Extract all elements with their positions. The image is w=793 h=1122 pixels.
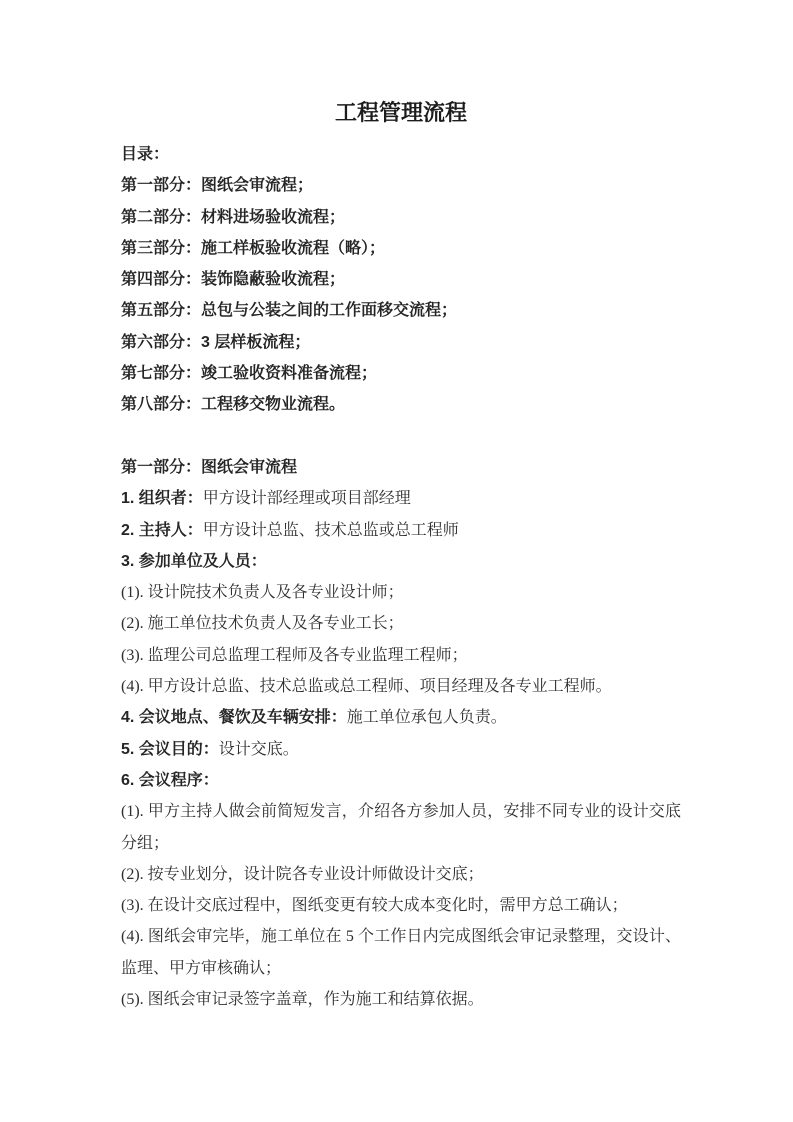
section-item-logistics: 4. 会议地点、餐饮及车辆安排：施工单位承包人负责。	[121, 702, 681, 733]
item-text: (3). 在设计交底过程中，图纸变更有较大成本变化时，需甲方总工确认；	[121, 897, 628, 914]
item-text: (1). 设计院技术负责人及各专业设计师；	[121, 584, 404, 601]
toc-item-2: 第二部分：材料进场验收流程；	[121, 202, 681, 233]
toc-item-8: 第八部分：工程移交物业流程。	[121, 389, 681, 420]
section-item-procedure: 6. 会议程序：	[121, 765, 681, 796]
toc-heading: 目录：	[121, 139, 681, 170]
item-text: (3). 监理公司总监理工程师及各专业监理工程师；	[121, 647, 468, 664]
sub-item-3: (3). 监理公司总监理工程师及各专业监理工程师；	[121, 640, 681, 671]
item-label: 1. 组织者：	[121, 490, 203, 507]
item-text: (2). 按专业划分，设计院各专业设计师做设计交底；	[121, 866, 484, 883]
section-item-participants: 3. 参加单位及人员：	[121, 546, 681, 577]
item-text: (4). 甲方设计总监、技术总监或总工程师、项目经理及各专业工程师。	[121, 678, 612, 695]
item-text: 甲方设计部经理或项目部经理	[203, 490, 411, 507]
item-text: (2). 施工单位技术负责人及各专业工长；	[121, 615, 404, 632]
item-text: (1). 甲方主持人做会前简短发言，介绍各方参加人员，安排不同专业的设计交底分组…	[121, 803, 681, 851]
section-heading: 第一部分：图纸会审流程	[121, 452, 681, 483]
item-label: 3. 参加单位及人员：	[121, 553, 267, 570]
toc-item-1: 第一部分：图纸会审流程；	[121, 170, 681, 201]
item-text: 甲方设计总监、技术总监或总工程师	[203, 522, 459, 539]
sub-item-4: (4). 甲方设计总监、技术总监或总工程师、项目经理及各专业工程师。	[121, 671, 681, 702]
item-text: 设计交底。	[219, 741, 299, 758]
toc-item-5: 第五部分：总包与公装之间的工作面移交流程；	[121, 295, 681, 326]
toc-item-7: 第七部分：竣工验收资料准备流程；	[121, 358, 681, 389]
procedure-step-3: (3). 在设计交底过程中，图纸变更有较大成本变化时，需甲方总工确认；	[121, 890, 681, 921]
procedure-step-5: (5). 图纸会审记录签字盖章，作为施工和结算依据。	[121, 984, 681, 1015]
toc-item-3: 第三部分：施工样板验收流程（略）；	[121, 233, 681, 264]
document-page: 工程管理流程 目录： 第一部分：图纸会审流程； 第二部分：材料进场验收流程； 第…	[0, 0, 793, 1122]
procedure-step-2: (2). 按专业划分，设计院各专业设计师做设计交底；	[121, 859, 681, 890]
section-item-purpose: 5. 会议目的：设计交底。	[121, 734, 681, 765]
item-text: (5). 图纸会审记录签字盖章，作为施工和结算依据。	[121, 991, 484, 1008]
sub-item-2: (2). 施工单位技术负责人及各专业工长；	[121, 608, 681, 639]
item-text: 施工单位承包人负责。	[347, 709, 507, 726]
section-item-host: 2. 主持人：甲方设计总监、技术总监或总工程师	[121, 515, 681, 546]
procedure-step-4: (4). 图纸会审完毕，施工单位在 5 个工作日内完成图纸会审记录整理，交设计、…	[121, 921, 681, 984]
item-text: (4). 图纸会审完毕，施工单位在 5 个工作日内完成图纸会审记录整理，交设计、…	[121, 928, 681, 976]
sub-item-1: (1). 设计院技术负责人及各专业设计师；	[121, 577, 681, 608]
blank-line	[121, 421, 681, 452]
section-item-organizer: 1. 组织者：甲方设计部经理或项目部经理	[121, 483, 681, 514]
procedure-step-1: (1). 甲方主持人做会前简短发言，介绍各方参加人员，安排不同专业的设计交底分组…	[121, 796, 681, 859]
toc-item-6: 第六部分：3 层样板流程；	[121, 327, 681, 358]
item-label: 5. 会议目的：	[121, 741, 219, 758]
toc-item-4: 第四部分：装饰隐蔽验收流程；	[121, 264, 681, 295]
document-title: 工程管理流程	[121, 97, 681, 129]
item-label: 4. 会议地点、餐饮及车辆安排：	[121, 709, 347, 726]
item-label: 6. 会议程序：	[121, 772, 219, 789]
item-label: 2. 主持人：	[121, 522, 203, 539]
